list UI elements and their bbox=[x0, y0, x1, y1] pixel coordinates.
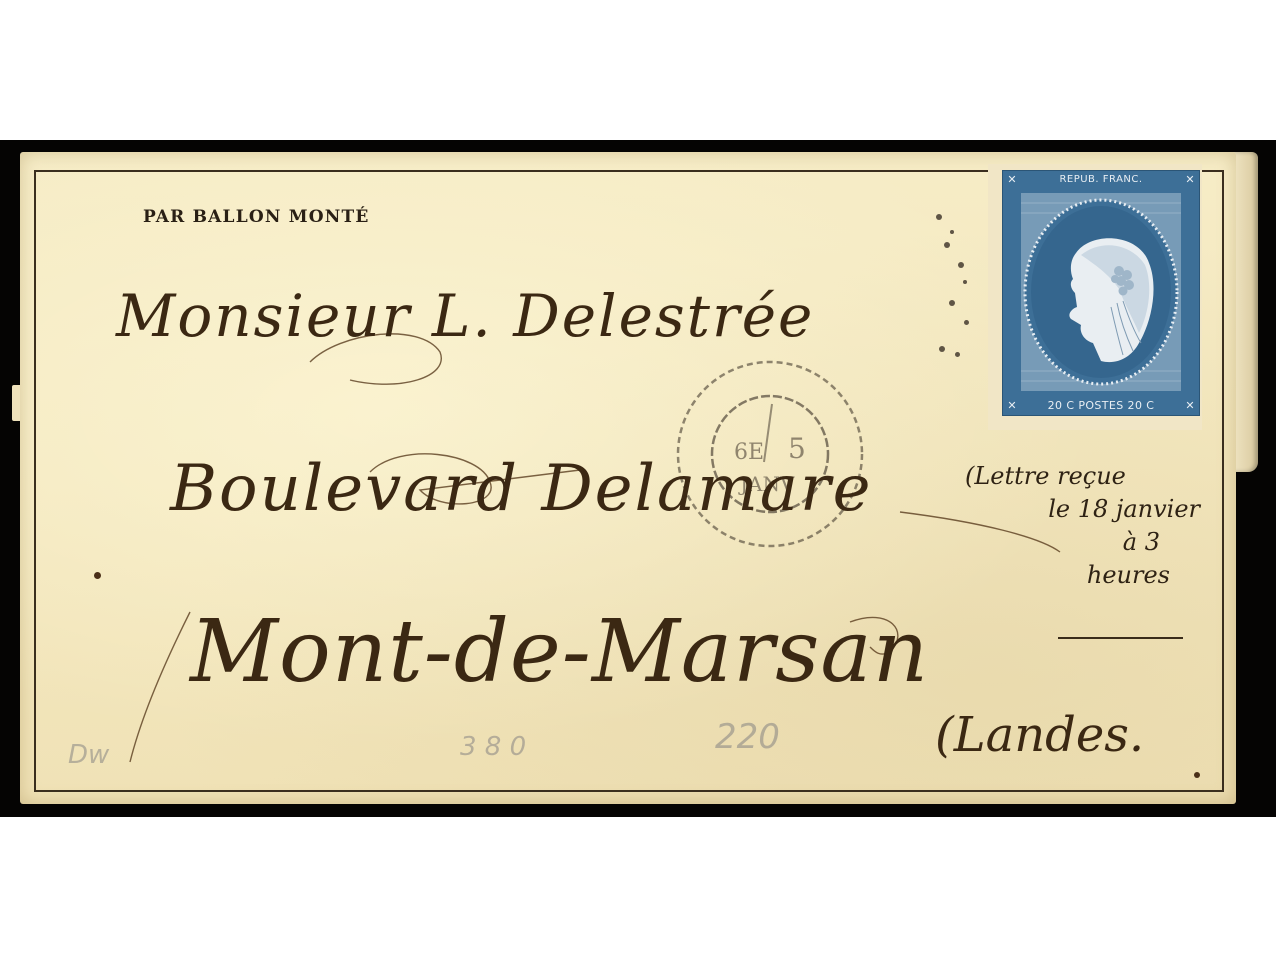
postage-stamp: ✕ ✕ REPUB. FRANC. bbox=[988, 164, 1202, 430]
pencil-note-left: Dw bbox=[68, 740, 109, 770]
stamp-bottom-inscription: 20 C POSTES 20 C bbox=[1019, 399, 1183, 412]
envelope-cover: PAR BALLON MONTÉ ✕ ✕ REPUB. FRANC. bbox=[20, 152, 1236, 804]
ceres-head-icon bbox=[1021, 193, 1181, 391]
annotation-underline bbox=[1058, 637, 1183, 639]
stamp-corner-x-icon: ✕ bbox=[1005, 173, 1019, 187]
stamp-top-inscription: REPUB. FRANC. bbox=[1021, 174, 1181, 185]
address-street: Boulevard Delamare bbox=[170, 452, 872, 526]
pencil-note-middle: 3 8 0 bbox=[460, 732, 526, 762]
stamp-design: ✕ ✕ REPUB. FRANC. bbox=[1002, 170, 1200, 416]
annotation-line: heures bbox=[965, 559, 1200, 592]
printed-header: PAR BALLON MONTÉ bbox=[143, 207, 370, 227]
receipt-annotation: (Lettre reçue le 18 janvier à 3 heures bbox=[965, 460, 1200, 592]
address-department: (Landes. bbox=[935, 707, 1144, 763]
annotation-line: à 3 bbox=[965, 526, 1200, 559]
ink-spot bbox=[1194, 772, 1200, 778]
stamp-corner-x-icon: ✕ bbox=[1005, 399, 1019, 413]
address-recipient: Monsieur L. Delestrée bbox=[116, 282, 814, 350]
stamp-corner-x-icon: ✕ bbox=[1183, 173, 1197, 187]
annotation-line: (Lettre reçue bbox=[965, 460, 1200, 493]
address-city: Mont-de-Marsan bbox=[190, 602, 929, 702]
stamp-corner-x-icon: ✕ bbox=[1183, 399, 1197, 413]
pencil-note-right: 220 bbox=[715, 717, 780, 757]
ink-spot bbox=[94, 572, 101, 579]
annotation-line: le 18 janvier bbox=[965, 493, 1200, 526]
